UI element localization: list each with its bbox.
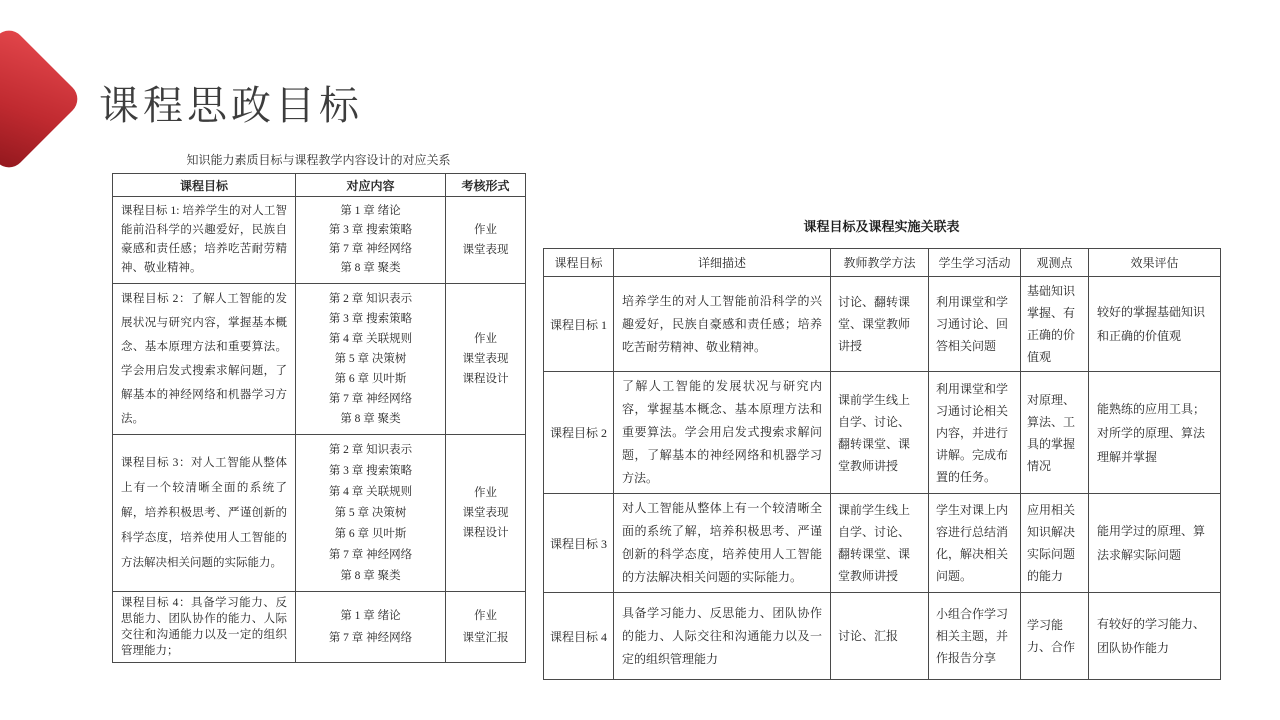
table-row: 课程目标 4 具备学习能力、反思能力、团队协作的能力、人际交往和沟通能力以及一定…: [544, 593, 1221, 680]
right-teaching-cell: 讨论、汇报: [831, 593, 929, 680]
right-activity-cell: 学生对课上内容进行总结消化，解决相关问题。: [929, 494, 1021, 593]
right-goal-cell: 课程目标 4: [544, 593, 614, 680]
right-table: 课程目标 详细描述 教师教学方法 学生学习活动 观测点 效果评估 课程目标 1 …: [543, 248, 1221, 680]
table-row: 课程目标 1 培养学生的对人工智能前沿科学的兴趣爱好，民族自豪感和责任感；培养吃…: [544, 277, 1221, 372]
left-header-assessment: 考核形式: [446, 174, 526, 197]
left-goal-cell: 课程目标 1: 培养学生的对人工智能前沿科学的兴趣爱好，民族自豪感和责任感；培养…: [113, 197, 296, 284]
right-description-cell: 培养学生的对人工智能前沿科学的兴趣爱好，民族自豪感和责任感；培养吃苦耐劳精神、敬…: [614, 277, 831, 372]
table-row: 课程目标 2：了解人工智能的发展状况与研究内容，掌握基本概念、基本原理方法和重要…: [113, 284, 526, 435]
left-table-section: 知识能力素质目标与课程教学内容设计的对应关系 课程目标 对应内容 考核形式 课程…: [112, 151, 525, 663]
left-header-content: 对应内容: [296, 174, 446, 197]
right-activity-cell: 利用课堂和学习通讨论相关内容，并进行讲解。完成布置的任务。: [929, 372, 1021, 494]
right-header-description: 详细描述: [614, 249, 831, 277]
right-header-goal: 课程目标: [544, 249, 614, 277]
table-row: 课程目标 3 对人工智能从整体上有一个较清晰全面的系统了解，培养积极思考、严谨创…: [544, 494, 1221, 593]
left-assessment-cell: 作业 课堂表现 课程设计: [446, 435, 526, 592]
left-table-caption: 知识能力素质目标与课程教学内容设计的对应关系: [112, 151, 525, 168]
left-assessment-cell: 作业 课堂表现 课程设计: [446, 284, 526, 435]
slide-title: 课程思政目标: [99, 74, 363, 131]
left-content-cell: 第 2 章 知识表示 第 3 章 搜索策略 第 4 章 关联规则 第 5 章 决…: [296, 284, 446, 435]
left-table: 课程目标 对应内容 考核形式 课程目标 1: 培养学生的对人工智能前沿科学的兴趣…: [112, 173, 526, 663]
right-observation-cell: 对原理、算法、工具的掌握情况: [1021, 372, 1089, 494]
table-row: 课程目标 3：对人工智能从整体上有一个较清晰全面的系统了解，培养积极思考、严谨创…: [113, 435, 526, 592]
table-row: 课程目标 1: 培养学生的对人工智能前沿科学的兴趣爱好，民族自豪感和责任感；培养…: [113, 197, 526, 284]
right-table-header-row: 课程目标 详细描述 教师教学方法 学生学习活动 观测点 效果评估: [544, 249, 1221, 277]
right-header-activity: 学生学习活动: [929, 249, 1021, 277]
table-row: 课程目标 4：具备学习能力、反思能力、团队协作的能力、人际交往和沟通能力以及一定…: [113, 592, 526, 663]
right-observation-cell: 基础知识掌握、有正确的价值观: [1021, 277, 1089, 372]
presentation-slide: 课程思政目标 知识能力素质目标与课程教学内容设计的对应关系 课程目标 对应内容 …: [0, 0, 1280, 720]
right-goal-cell: 课程目标 1: [544, 277, 614, 372]
right-activity-cell: 利用课堂和学习通讨论、回答相关问题: [929, 277, 1021, 372]
left-header-goal: 课程目标: [113, 174, 296, 197]
right-description-cell: 对人工智能从整体上有一个较清晰全面的系统了解，培养积极思考、严谨创新的科学态度，…: [614, 494, 831, 593]
left-assessment-cell: 作业 课堂汇报: [446, 592, 526, 663]
right-goal-cell: 课程目标 3: [544, 494, 614, 593]
left-content-cell: 第 2 章 知识表示 第 3 章 搜索策略 第 4 章 关联规则 第 5 章 决…: [296, 435, 446, 592]
right-teaching-cell: 课前学生线上自学、讨论、翻转课堂、课堂教师讲授: [831, 494, 929, 593]
right-header-observation: 观测点: [1021, 249, 1089, 277]
right-evaluation-cell: 较好的掌握基础知识和正确的价值观: [1089, 277, 1221, 372]
left-assessment-cell: 作业 课堂表现: [446, 197, 526, 284]
right-evaluation-cell: 有较好的学习能力、团队协作能力: [1089, 593, 1221, 680]
right-table-section: 课程目标及课程实施关联表 课程目标 详细描述 教师教学方法 学生学习活动 观测点…: [543, 216, 1220, 680]
right-description-cell: 具备学习能力、反思能力、团队协作的能力、人际交往和沟通能力以及一定的组织管理能力: [614, 593, 831, 680]
right-teaching-cell: 讨论、翻转课堂、课堂教师讲授: [831, 277, 929, 372]
right-header-teaching: 教师教学方法: [831, 249, 929, 277]
left-goal-cell: 课程目标 2：了解人工智能的发展状况与研究内容，掌握基本概念、基本原理方法和重要…: [113, 284, 296, 435]
right-description-cell: 了解人工智能的发展状况与研究内容，掌握基本概念、基本原理方法和重要算法。学会用启…: [614, 372, 831, 494]
red-diamond-decoration-icon: [0, 24, 84, 174]
right-observation-cell: 学习能力、合作: [1021, 593, 1089, 680]
right-observation-cell: 应用相关知识解决实际问题的能力: [1021, 494, 1089, 593]
right-activity-cell: 小组合作学习相关主题，并作报告分享: [929, 593, 1021, 680]
left-goal-cell: 课程目标 3：对人工智能从整体上有一个较清晰全面的系统了解，培养积极思考、严谨创…: [113, 435, 296, 592]
right-goal-cell: 课程目标 2: [544, 372, 614, 494]
right-teaching-cell: 课前学生线上自学、讨论、翻转课堂、课堂教师讲授: [831, 372, 929, 494]
right-table-caption: 课程目标及课程实施关联表: [543, 216, 1220, 235]
left-table-header-row: 课程目标 对应内容 考核形式: [113, 174, 526, 197]
left-goal-cell: 课程目标 4：具备学习能力、反思能力、团队协作的能力、人际交往和沟通能力以及一定…: [113, 592, 296, 663]
left-content-cell: 第 1 章 绪论 第 7 章 神经网络: [296, 592, 446, 663]
table-row: 课程目标 2 了解人工智能的发展状况与研究内容，掌握基本概念、基本原理方法和重要…: [544, 372, 1221, 494]
right-header-evaluation: 效果评估: [1089, 249, 1221, 277]
right-evaluation-cell: 能用学过的原理、算法求解实际问题: [1089, 494, 1221, 593]
right-evaluation-cell: 能熟练的应用工具；对所学的原理、算法理解并掌握: [1089, 372, 1221, 494]
left-content-cell: 第 1 章 绪论 第 3 章 搜索策略 第 7 章 神经网络 第 8 章 聚类: [296, 197, 446, 284]
